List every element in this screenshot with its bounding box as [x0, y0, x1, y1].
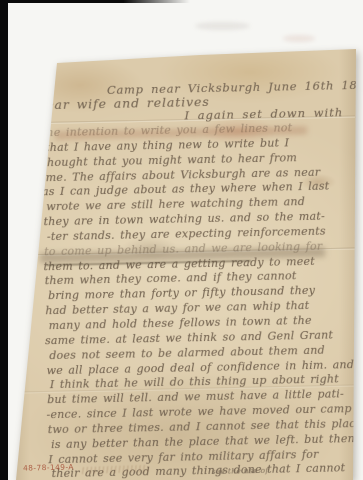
embossed-ring-mark [36, 66, 53, 85]
letter-paper: Camp near Vicksburgh June 16th 1863 Dear… [0, 0, 363, 480]
letter-text: Camp near Vicksburgh June 16th 1863 Dear… [0, 0, 363, 480]
scanned-letter-page: Camp near Vicksburgh June 16th 1863 Dear… [0, 0, 363, 480]
letter-heading: Camp near Vicksburgh June 16th 1863 [107, 78, 363, 97]
letter-paper-wrapper: Camp near Vicksburgh June 16th 1863 Dear… [0, 0, 363, 480]
letter-body: the intention to write you a few lines n… [42, 120, 363, 480]
catalog-number: 48-78-149-A [23, 462, 74, 472]
embossed-ring-mark [37, 84, 52, 101]
interlinear-note: see the use of [211, 466, 268, 476]
